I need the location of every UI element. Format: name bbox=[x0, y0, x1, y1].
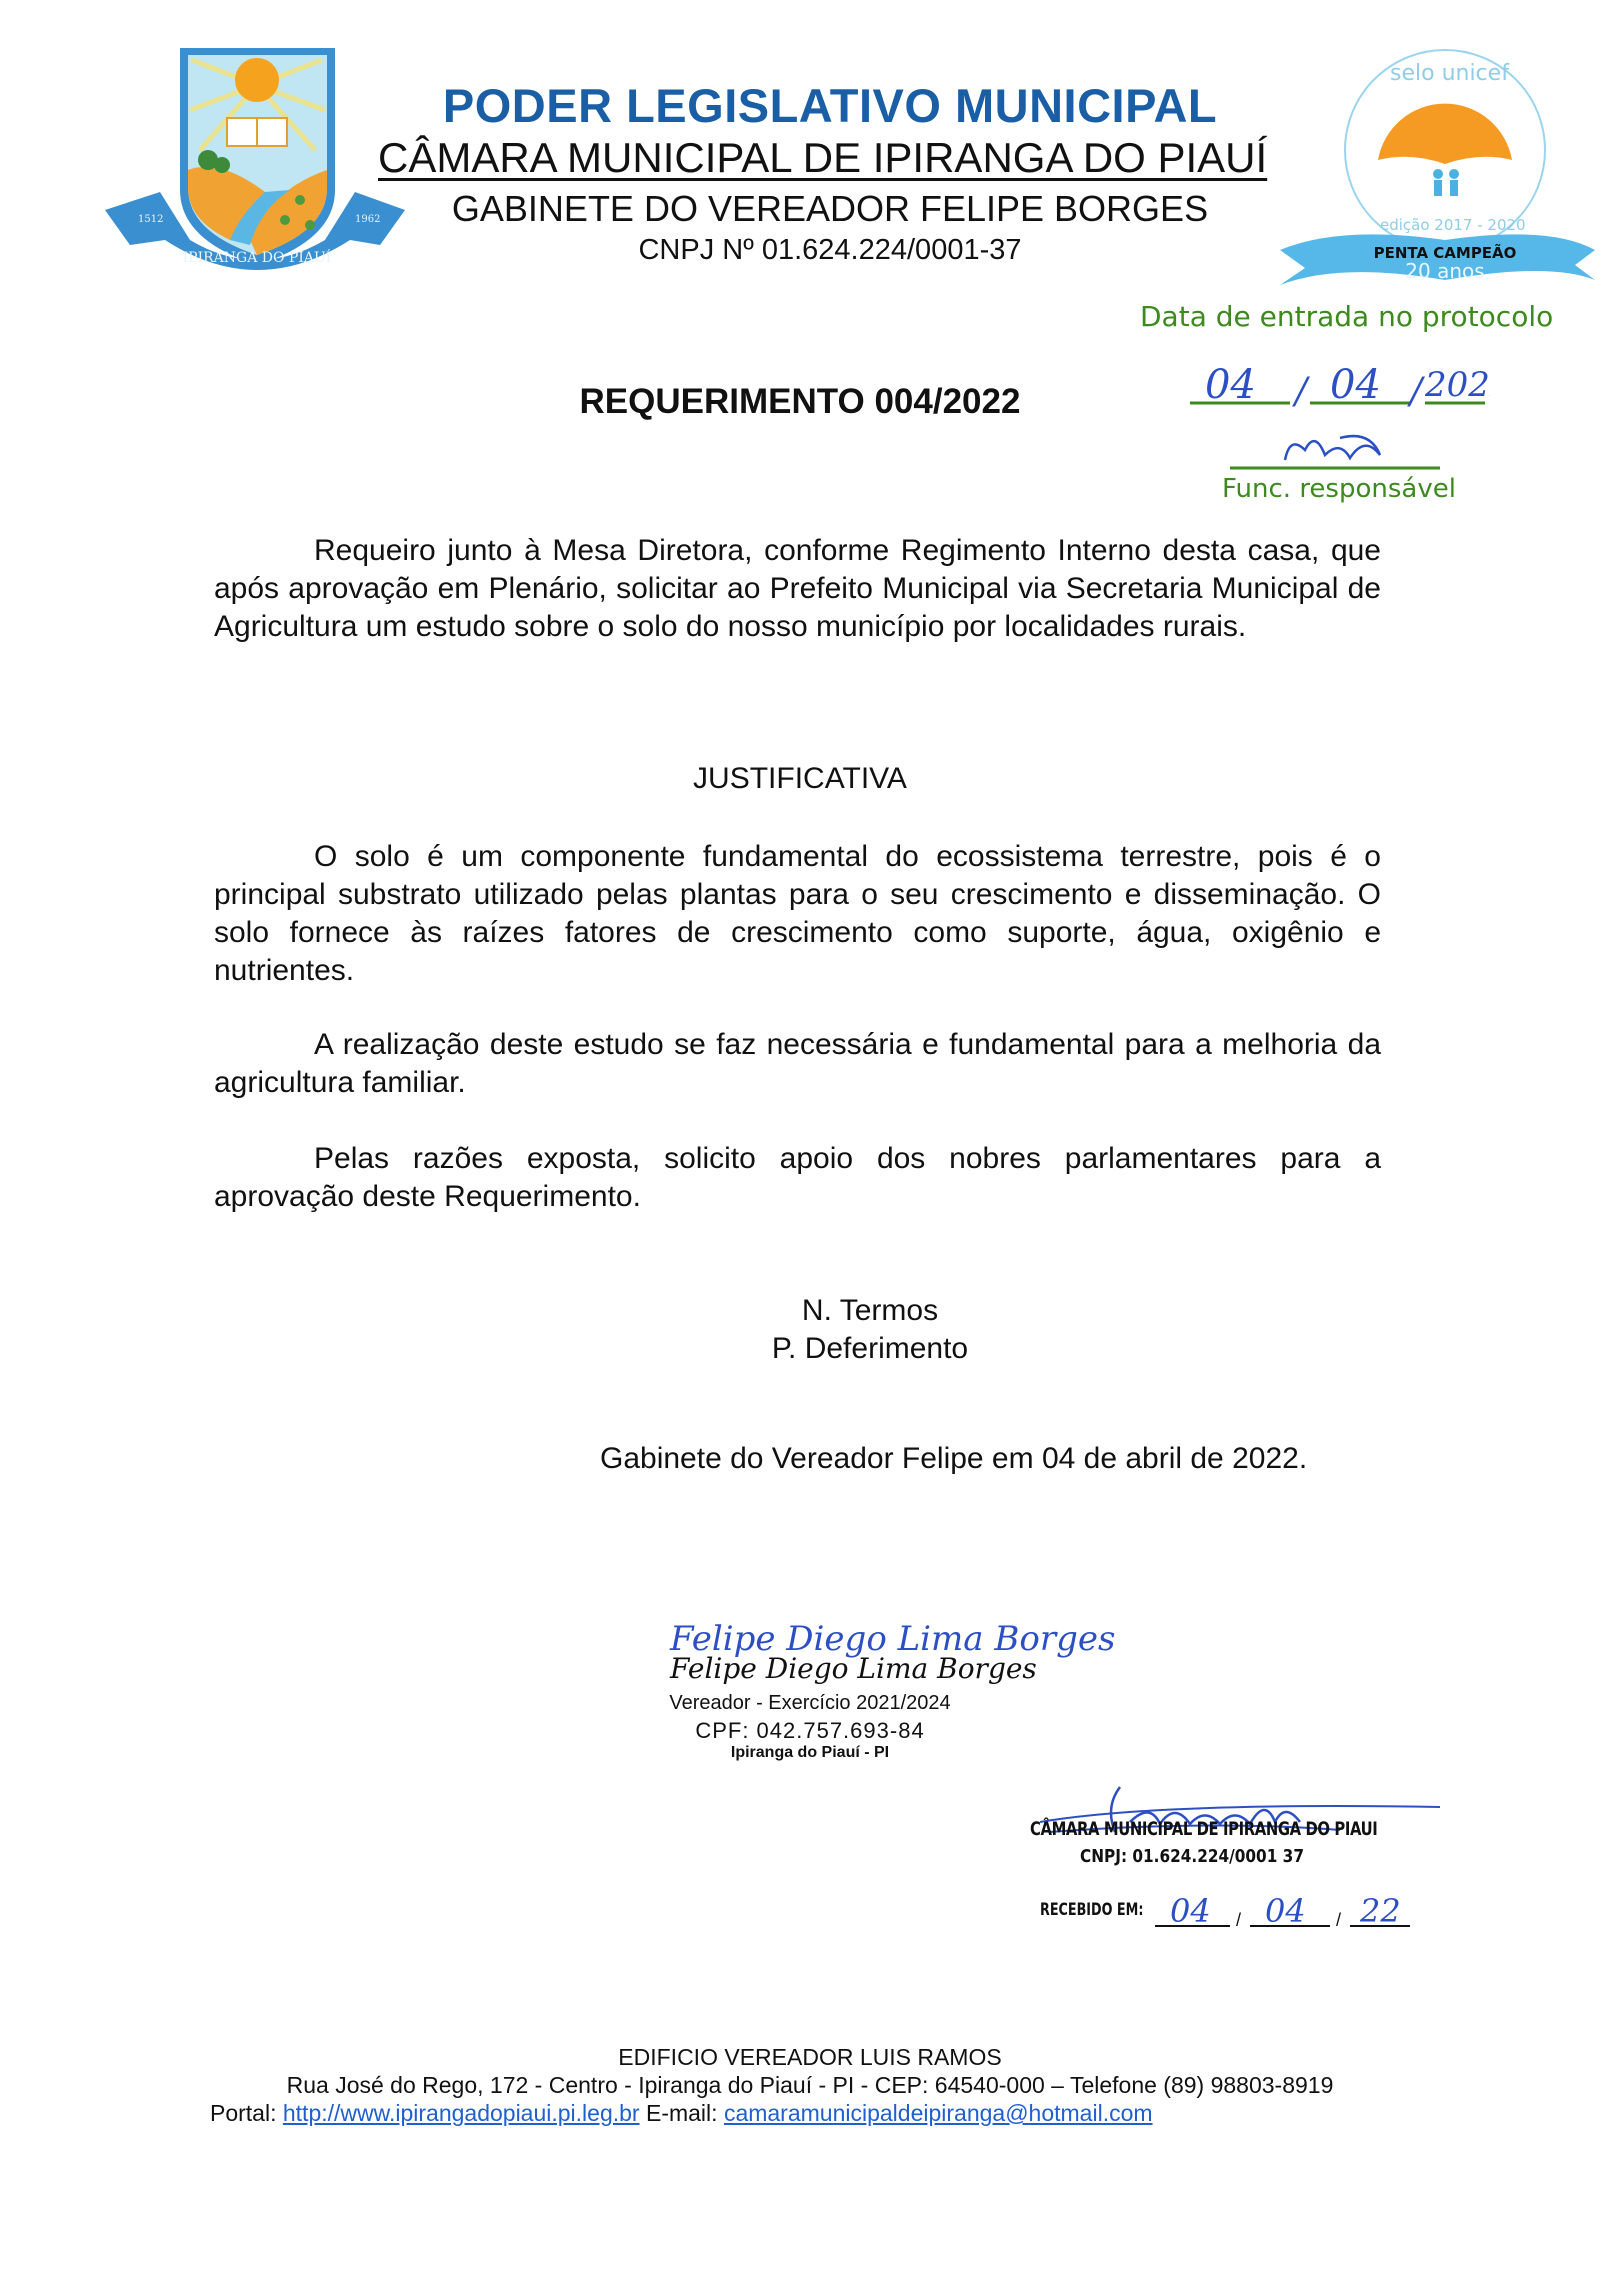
footer-address: Rua José do Rego, 172 - Centro - Ipirang… bbox=[200, 2072, 1420, 2099]
receipt-received-label: RECEBIDO EM: bbox=[1040, 1900, 1143, 1920]
unicef-seal-icon: selo unicef edição 2017 - 2020 PENTA CAM… bbox=[1250, 40, 1600, 300]
closing-terms: N. Termos bbox=[700, 1294, 1040, 1328]
place-and-date: Gabinete do Vereador Felipe em 04 de abr… bbox=[600, 1442, 1307, 1476]
svg-text:04: 04 bbox=[1330, 362, 1381, 408]
justification-paragraph-2: A realização deste estudo se faz necessá… bbox=[214, 1026, 1381, 1102]
svg-text:04: 04 bbox=[1265, 1892, 1306, 1930]
receipt-stamp-chamber: CÂMARA MUNICIPAL DE IPIRANGA DO PIAUI bbox=[1030, 1818, 1377, 1840]
portal-link[interactable]: http://www.ipirangadopiaui.pi.leg.br bbox=[283, 2100, 640, 2126]
closing-deferment: P. Deferimento bbox=[700, 1332, 1040, 1366]
footer-building: EDIFICIO VEREADOR LUIS RAMOS bbox=[200, 2044, 1420, 2071]
svg-text:selo unicef: selo unicef bbox=[1390, 61, 1510, 86]
header-title: PODER LEGISLATIVO MUNICIPAL bbox=[300, 78, 1360, 133]
justification-heading: JUSTIFICATIVA bbox=[300, 762, 1300, 796]
receipt-stamp-cnpj: CNPJ: 01.624.224/0001 37 bbox=[1080, 1846, 1304, 1867]
svg-text:22: 22 bbox=[1359, 1892, 1401, 1930]
document-title: REQUERIMENTO 004/2022 bbox=[300, 382, 1300, 422]
email-label: E-mail: bbox=[646, 2100, 718, 2126]
email-link[interactable]: camaramunicipaldeipiranga@hotmail.com bbox=[724, 2100, 1153, 2126]
header-chamber: CÂMARA MUNICIPAL DE IPIRANGA DO PIAUÍ bbox=[378, 134, 1267, 182]
svg-text:/: / bbox=[1336, 1910, 1341, 1930]
signer-cpf: CPF: 042.757.693-84 bbox=[640, 1718, 980, 1744]
signer-city: Ipiranga do Piauí - PI bbox=[640, 1744, 980, 1762]
header-cnpj: CNPJ Nº 01.624.224/0001-37 bbox=[300, 234, 1360, 267]
svg-text:20 anos: 20 anos bbox=[1405, 259, 1484, 283]
justification-paragraph-1: O solo é um componente fundamental do ec… bbox=[214, 838, 1381, 990]
svg-text:2022: 2022 bbox=[1424, 365, 1490, 405]
protocol-date-label: Data de entrada no protocolo bbox=[1140, 300, 1553, 333]
svg-text:1512: 1512 bbox=[138, 214, 163, 225]
header-office: GABINETE DO VEREADOR FELIPE BORGES bbox=[300, 188, 1360, 230]
signer-role: Vereador - Exercício 2021/2024 bbox=[640, 1692, 980, 1715]
portal-label: Portal: bbox=[210, 2100, 276, 2126]
signer-name: Felipe Diego Lima Borges bbox=[670, 1652, 1037, 1685]
svg-text:04: 04 bbox=[1170, 1892, 1211, 1930]
footer-contacts: Portal: http://www.ipirangadopiaui.pi.le… bbox=[210, 2100, 1153, 2127]
svg-text:edição 2017 - 2020: edição 2017 - 2020 bbox=[1380, 216, 1526, 234]
svg-text:/: / bbox=[1236, 1910, 1241, 1930]
protocol-responsible-label: Func. responsável bbox=[1222, 474, 1456, 504]
protocol-signature bbox=[1230, 420, 1450, 480]
request-paragraph: Requeiro junto à Mesa Diretora, conforme… bbox=[214, 532, 1381, 646]
svg-text:/: / bbox=[1407, 371, 1426, 412]
justification-paragraph-3: Pelas razões exposta, solicito apoio dos… bbox=[214, 1140, 1381, 1216]
receipt-received-date: 04 / 04 / 22 bbox=[1150, 1886, 1420, 1936]
